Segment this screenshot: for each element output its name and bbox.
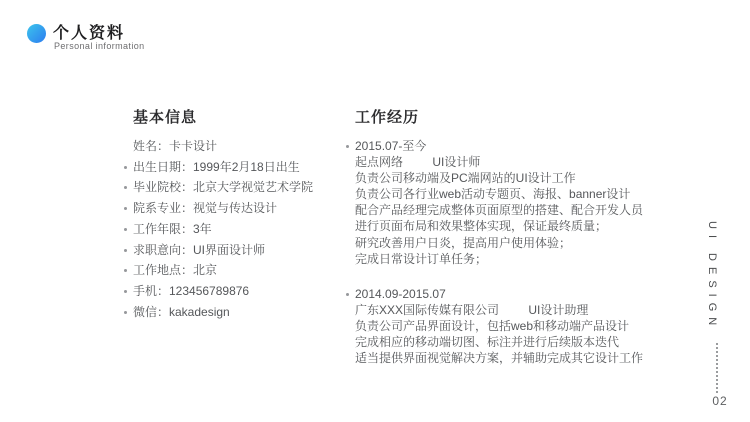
job-period: 2014.09-2015.07 — [355, 286, 700, 302]
info-item-text: 手机：123456789876 — [133, 284, 249, 298]
bullet-dot-icon — [124, 166, 127, 169]
job-role: UI设计师 — [432, 154, 480, 170]
info-item-birthdate: 出生日期：1999年2月18日出生 — [133, 157, 348, 178]
job-list: 2015.07-至今 起点网络 UI设计师 负责公司移动端及PC端网站的UI设计… — [355, 138, 700, 366]
bullet-dot-icon — [124, 290, 127, 293]
job-detail-line: 负责公司各行业web活动专题页、海报、banner设计 — [355, 186, 700, 202]
info-item-text: 毕业院校：北京大学视觉艺术学院 — [133, 180, 313, 194]
job-period-text: 2014.09-2015.07 — [355, 287, 446, 301]
bullet-dot-icon — [124, 249, 127, 252]
job-detail-line: 完成相应的移动端切图、标注并进行后续版本迭代 — [355, 334, 700, 350]
job-detail-line: 研究改善用户日炎，提高用户使用体验； — [355, 235, 700, 251]
bullet-dot-icon — [124, 186, 127, 189]
bullet-dot-icon — [124, 228, 127, 231]
basic-info-list: 姓名：卡卡设计 出生日期：1999年2月18日出生 毕业院校：北京大学视觉艺术学… — [133, 136, 348, 322]
info-item-text: 微信：kakadesign — [133, 305, 230, 319]
basic-info-heading: 基本信息 — [133, 106, 348, 127]
job-entry-1: 2015.07-至今 起点网络 UI设计师 负责公司移动端及PC端网站的UI设计… — [355, 138, 700, 267]
bullet-dot-icon — [346, 293, 349, 296]
job-detail-line: 进行页面布局和效果整体实现，保证最终质量； — [355, 218, 700, 234]
job-company: 起点网络 — [355, 155, 403, 169]
page-title: 个人资料 — [53, 20, 125, 43]
dotted-divider — [716, 343, 718, 393]
info-item-phone: 手机：123456789876 — [133, 281, 348, 302]
job-detail-line: 负责公司移动端及PC端网站的UI设计工作 — [355, 170, 700, 186]
info-item-text: 求职意向：UI界面设计师 — [133, 243, 265, 257]
job-period-text: 2015.07-至今 — [355, 139, 426, 153]
info-item-name: 姓名：卡卡设计 — [133, 136, 348, 157]
job-company-line: 起点网络 UI设计师 — [355, 154, 700, 170]
info-item-location: 工作地点：北京 — [133, 260, 348, 281]
info-item-experience-years: 工作年限：3年 — [133, 219, 348, 240]
info-item-job-intention: 求职意向：UI界面设计师 — [133, 240, 348, 261]
info-item-text: 出生日期：1999年2月18日出生 — [133, 160, 300, 174]
info-item-school: 毕业院校：北京大学视觉艺术学院 — [133, 177, 348, 198]
work-experience-heading: 工作经历 — [355, 106, 700, 127]
bullet-dot-icon — [124, 311, 127, 314]
job-company: 广东XXX国际传媒有限公司 — [355, 303, 499, 317]
job-role: UI设计助理 — [528, 302, 588, 318]
info-item-wechat: 微信：kakadesign — [133, 302, 348, 323]
bullet-dot-icon — [124, 207, 127, 210]
basic-info-section: 基本信息 姓名：卡卡设计 出生日期：1999年2月18日出生 毕业院校：北京大学… — [133, 106, 348, 322]
job-detail-line: 适当提供界面视觉解决方案，并辅助完成其它设计工作 — [355, 350, 700, 366]
info-item-text: 工作年限：3年 — [133, 222, 212, 236]
job-period: 2015.07-至今 — [355, 138, 700, 154]
bullet-dot-icon — [124, 269, 127, 272]
info-item-text: 工作地点：北京 — [133, 263, 217, 277]
page-number: 02 — [705, 394, 735, 408]
brand-dot-icon — [27, 24, 46, 43]
job-detail-line: 完成日常设计订单任务； — [355, 251, 700, 267]
job-company-line: 广东XXX国际传媒有限公司 UI设计助理 — [355, 302, 700, 318]
job-detail-line: 负责公司产品界面设计，包括web和移动端产品设计 — [355, 318, 700, 334]
work-experience-section: 工作经历 2015.07-至今 起点网络 UI设计师 负责公司移动端及PC端网站… — [355, 106, 700, 366]
info-item-text: 院系专业：视觉与传达设计 — [133, 201, 277, 215]
job-entry-2: 2014.09-2015.07 广东XXX国际传媒有限公司 UI设计助理 负责公… — [355, 286, 700, 366]
vertical-side-text: UI DESIGN — [706, 221, 718, 331]
info-item-text: 姓名：卡卡设计 — [133, 139, 217, 153]
resume-slide: 个人资料 Personal information 基本信息 姓名：卡卡设计 出… — [0, 0, 750, 422]
page-subtitle: Personal information — [54, 41, 145, 51]
job-detail-line: 配合产品经理完成整体页面原型的搭建、配合开发人员 — [355, 202, 700, 218]
info-item-major: 院系专业：视觉与传达设计 — [133, 198, 348, 219]
bullet-dot-icon — [346, 145, 349, 148]
